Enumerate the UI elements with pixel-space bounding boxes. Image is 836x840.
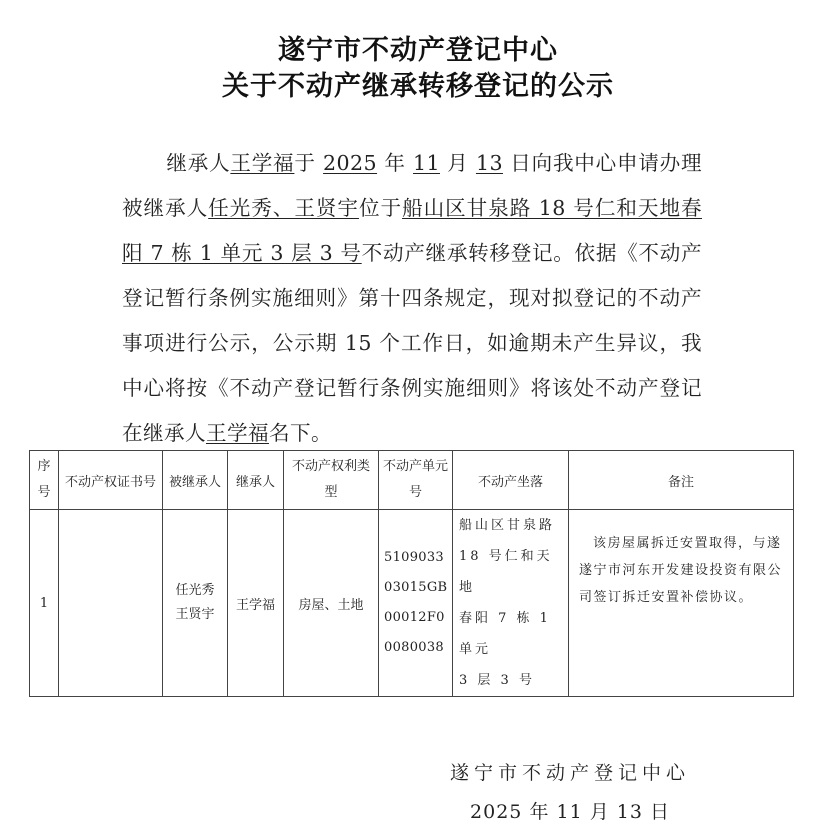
body-text-segment: 继承人 (166, 151, 230, 175)
col-header-seq: 序号 (30, 451, 59, 510)
heir-name: 王学福 (230, 151, 294, 175)
cell-address: 船山区甘泉路18 号仁和天地春阳 7 栋 1 单元3 层 3 号 (453, 510, 569, 697)
cell-unit-no: 510903303015GB00012F00080038 (379, 510, 453, 697)
cell-right-type: 房屋、土地 (284, 510, 379, 697)
decedent-name: 王贤宇 (175, 607, 214, 622)
remark-text: 该房屋属拆迁安置取得，与遂遂宁市河东开发建设投资有限公司签订拆迁安置补偿协议。 (579, 536, 782, 605)
header-text: 不动产权利类 (292, 459, 370, 474)
body-text-segment: 月 (440, 151, 476, 175)
header-text: 型 (324, 485, 337, 500)
body-text-segment: 年 (377, 151, 413, 175)
unit-no-line: 03015GB (384, 580, 447, 595)
table-row: 1 任光秀王贤宇 王学福 房屋、土地 510903303015GB00012F0… (30, 510, 794, 697)
body-text-segment: 名下。 (269, 421, 332, 445)
col-header-address: 不动产坐落 (453, 451, 569, 510)
cell-cert-no (59, 510, 163, 697)
header-text: 不动产单元 (383, 459, 448, 474)
notice-body: 继承人王学福于 2025 年 11 月 13 日向我中心申请办理被继承人任光秀、… (122, 141, 702, 456)
cell-remark: 该房屋属拆迁安置取得，与遂遂宁市河东开发建设投资有限公司签订拆迁安置补偿协议。 (569, 510, 794, 697)
col-header-right-type: 不动产权利类型 (284, 451, 379, 510)
signature-organization: 遂宁市不动产登记中心 (420, 758, 720, 785)
body-text-segment: 位于 (359, 196, 402, 220)
apply-day: 13 (476, 151, 503, 175)
address-line: 3 层 3 号 (459, 673, 535, 688)
cell-decedent: 任光秀王贤宇 (163, 510, 228, 697)
apply-month: 11 (413, 151, 440, 175)
unit-no-line: 0080038 (384, 640, 444, 655)
header-text: 号 (409, 485, 422, 500)
unit-no-line: 00012F0 (384, 610, 445, 625)
col-header-unit-no: 不动产单元号 (379, 451, 453, 510)
col-header-cert-no: 不动产权证书号 (59, 451, 163, 510)
registration-table: 序号 不动产权证书号 被继承人 继承人 不动产权利类型 不动产单元号 不动产坐落… (29, 450, 794, 697)
col-header-heir: 继承人 (228, 451, 284, 510)
col-header-remark: 备注 (569, 451, 794, 510)
notice-title-org: 遂宁市不动产登记中心 (0, 33, 836, 69)
cell-seq: 1 (30, 510, 59, 697)
apply-year: 2025 (323, 151, 377, 175)
cell-heir: 王学福 (228, 510, 284, 697)
address-line: 18 号仁和天地 (459, 549, 553, 595)
unit-no-line: 5109033 (384, 550, 444, 565)
body-text-segment: 不动产继承转移登记。依据《不动产登记暂行条例实施细则》第十四条规定，现对拟登记的… (122, 241, 702, 445)
decedent-names: 任光秀、王贤宇 (208, 196, 359, 220)
table-header-row: 序号 不动产权证书号 被继承人 继承人 不动产权利类型 不动产单元号 不动产坐落… (30, 451, 794, 510)
notice-title-subject: 关于不动产继承转移登记的公示 (0, 69, 836, 105)
col-header-decedent: 被继承人 (163, 451, 228, 510)
signature-date: 2025 年 11 月 13 日 (420, 797, 720, 824)
address-line: 春阳 7 栋 1 单元 (459, 611, 551, 657)
address-line: 船山区甘泉路 (459, 518, 555, 533)
decedent-name: 任光秀 (175, 583, 214, 598)
heir-name-2: 王学福 (206, 421, 269, 445)
header-text: 序 (37, 459, 50, 474)
header-text: 号 (37, 485, 50, 500)
body-text-segment: 于 (294, 151, 323, 175)
